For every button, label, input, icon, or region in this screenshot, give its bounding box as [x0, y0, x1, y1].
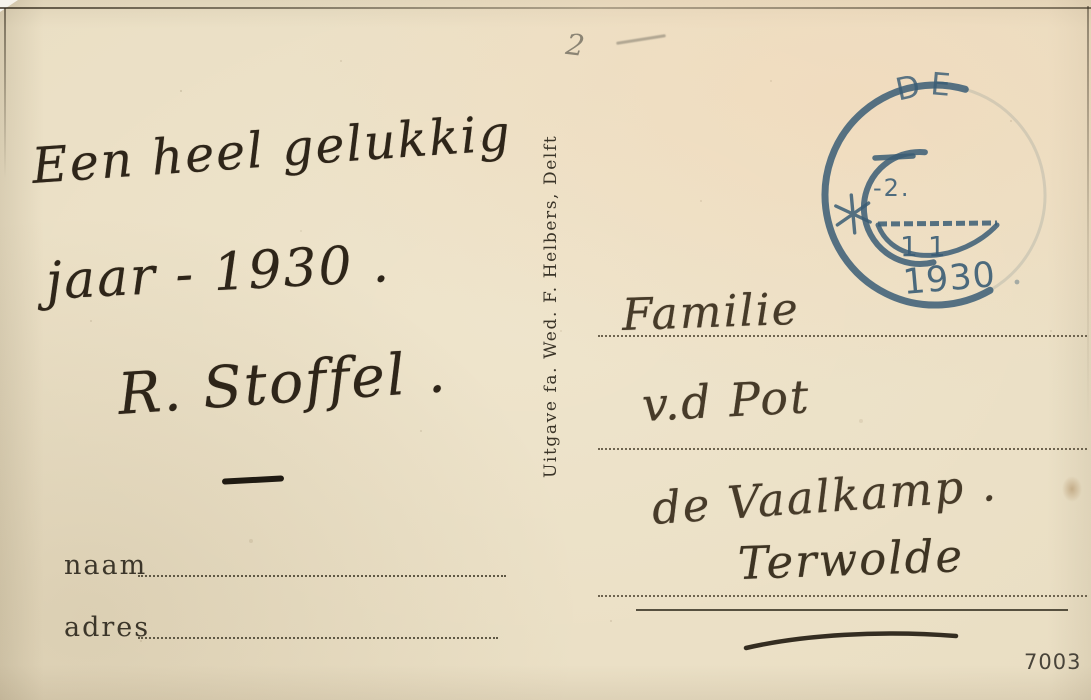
- address-line-recipient: Familie: [621, 284, 800, 341]
- address-label-dotted-line: [138, 637, 498, 639]
- pencil-note: 2: [564, 27, 586, 63]
- postmark-top-chord: [875, 156, 913, 158]
- message-line-1: Een heel gelukkig: [30, 105, 514, 195]
- signature-underline: [222, 475, 284, 484]
- card-left-edge: [4, 8, 6, 178]
- address-line-name: v.d Pot: [641, 369, 812, 432]
- postmark-year-text: 1930: [901, 255, 997, 303]
- address-dotted-line-2: [598, 448, 1087, 450]
- postmark-code-text: 11: [900, 230, 956, 263]
- address-line-street: de Vaalkamp .: [650, 458, 999, 535]
- paper-speckles: [0, 0, 2, 2]
- scan-corner-gap: [0, 0, 18, 12]
- card-right-edge: [1087, 6, 1089, 426]
- postmark-stamp: DE -2. 11 1930: [800, 66, 1070, 326]
- name-dotted-line: [138, 575, 506, 577]
- handwritten-underline-swoosh: [742, 626, 962, 654]
- postmark-day-text: -2.: [873, 174, 911, 202]
- message-line-2: jaar - 1930 .: [44, 234, 392, 312]
- signature: R. Stoffel .: [116, 339, 450, 428]
- publisher-imprint: Uitgave fa. Wed. F. Helbers, Delft: [541, 166, 561, 478]
- postmark-city-text: DE: [892, 66, 959, 108]
- card-top-edge: [0, 7, 1091, 9]
- address-dotted-line-1: [598, 335, 1087, 337]
- address-solid-line: [636, 609, 1068, 611]
- stain-spot: [1062, 476, 1082, 502]
- serial-number: 7003: [1024, 650, 1081, 674]
- ink-dot: [1015, 280, 1020, 285]
- address-dotted-line-3: [598, 595, 1087, 597]
- postcard-scan: 2 Een heel gelukkig jaar - 1930 . R. Sto…: [0, 0, 1091, 700]
- name-label: naam: [64, 550, 147, 581]
- address-line-town: Terwolde: [737, 529, 965, 590]
- postmark-bottom-chord: [878, 223, 997, 224]
- pencil-smudge: [616, 34, 666, 45]
